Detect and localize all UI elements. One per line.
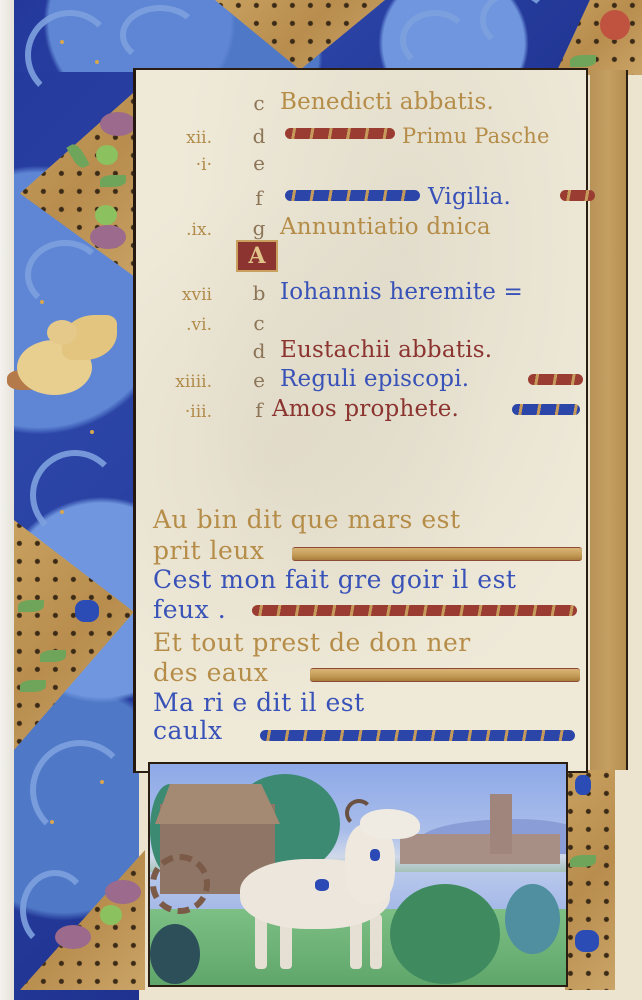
- leaf: [570, 55, 596, 67]
- manuscript-page: c Benedicti abbatis. xii. d Primu Pasche…: [0, 0, 642, 1000]
- decorated-initial: A: [236, 240, 278, 272]
- miniature-aries: [148, 762, 568, 987]
- dominical-letter: g: [252, 216, 266, 240]
- water-wheel: [150, 854, 210, 914]
- ram: [240, 809, 430, 969]
- calendar-row: .vi. c: [150, 305, 590, 335]
- line-filler: [560, 190, 595, 201]
- line-filler: [285, 190, 420, 201]
- feast-entry: Iohannis heremite =: [280, 279, 523, 305]
- verse-line: Cest mon fait gre goir il est: [153, 565, 516, 594]
- leaf: [40, 650, 66, 662]
- calendar-row: xiiii. e Reguli episcopi.: [150, 362, 590, 392]
- page-edge: [0, 0, 14, 1000]
- calendar-row: ·i· e: [150, 145, 590, 175]
- golden-number: .vi.: [150, 315, 212, 335]
- dominical-letter: f: [252, 398, 266, 422]
- golden-number: .ix.: [150, 220, 212, 240]
- verse-line: Ma ri e dit il est: [153, 688, 365, 717]
- branch-filler: [310, 668, 580, 682]
- green-bud: [100, 905, 122, 925]
- bush: [505, 884, 560, 954]
- bird-illustration: [12, 315, 107, 405]
- gold-dot: [60, 40, 64, 44]
- right-gold-bar: [590, 70, 628, 770]
- feast-entry: Amos prophete.: [272, 396, 459, 422]
- dominical-letter: c: [252, 91, 266, 115]
- calendar-row: f Vigilia.: [150, 180, 590, 210]
- verse-line: Au bin dit que mars est: [153, 505, 461, 534]
- leaf: [100, 175, 126, 187]
- feast-entry: Benedicti abbatis.: [280, 89, 494, 115]
- pink-flower: [105, 880, 141, 904]
- gold-dot: [40, 300, 44, 304]
- bird-head: [47, 320, 77, 345]
- calendar-row: d Eustachii abbatis.: [150, 333, 590, 363]
- ram-horn: [345, 799, 373, 827]
- green-bud: [95, 205, 117, 225]
- acanthus-swirl: [400, 10, 470, 70]
- blue-flower: [575, 775, 591, 795]
- dominical-letter: f: [252, 186, 266, 210]
- red-flower: [600, 10, 630, 40]
- gold-dot: [50, 820, 54, 824]
- ram-leg: [370, 914, 382, 969]
- church-tower: [490, 794, 512, 854]
- acanthus-swirl: [25, 240, 105, 310]
- dominical-letter: b: [252, 281, 266, 305]
- line-filler: [528, 374, 583, 385]
- acanthus-swirl: [120, 5, 200, 65]
- calendar-row: c Benedicti abbatis.: [150, 85, 590, 115]
- golden-number: ·iii.: [150, 402, 212, 422]
- line-filler: [285, 128, 395, 139]
- calendar-row: xii. d Primu Pasche: [150, 118, 590, 148]
- calendar-row: ·iii. f Amos prophete.: [150, 392, 590, 422]
- dominical-letter: c: [252, 311, 266, 335]
- calendar-row: xvii b Iohannis heremite =: [150, 275, 590, 305]
- green-bud: [96, 145, 118, 165]
- golden-number: ·i·: [150, 155, 212, 175]
- gold-dot: [95, 60, 99, 64]
- gold-dot: [90, 430, 94, 434]
- bush: [150, 924, 200, 984]
- calendar-row: .ix. g Annuntiatio dnica: [150, 210, 590, 240]
- verse-line: caulx: [153, 716, 223, 745]
- feast-entry: Annuntiatio dnica: [280, 214, 491, 240]
- acanthus-swirl: [30, 740, 130, 840]
- golden-number: xiiii.: [150, 372, 212, 392]
- blue-flower: [575, 930, 599, 952]
- gold-bottom-right-panel: [565, 770, 615, 990]
- paint-loss-spot: [370, 849, 380, 861]
- gold-dot: [60, 510, 64, 514]
- verse-line: Et tout prest de don ner: [153, 628, 471, 657]
- leaf: [18, 600, 44, 612]
- gold-dot: [100, 780, 104, 784]
- verse-line: prit leux: [153, 536, 264, 565]
- feast-entry: Vigilia.: [428, 184, 511, 210]
- verse-line: des eaux: [153, 658, 268, 687]
- verse-line: feux .: [153, 595, 226, 624]
- leaf: [570, 855, 596, 867]
- blue-flower: [75, 600, 99, 622]
- pink-flower: [90, 225, 126, 249]
- acanthus-swirl: [30, 450, 120, 540]
- feast-entry: Reguli episcopi.: [280, 366, 469, 392]
- pink-flower: [100, 112, 136, 136]
- line-filler: [252, 605, 577, 616]
- dominical-letter: e: [252, 368, 266, 392]
- dominical-letter: e: [252, 151, 266, 175]
- paint-loss-spot: [315, 879, 329, 891]
- branch-filler: [292, 547, 582, 561]
- line-filler: [260, 730, 575, 741]
- pink-flower: [55, 925, 91, 949]
- acanthus-swirl: [25, 10, 115, 100]
- line-filler: [512, 404, 580, 415]
- feast-entry: Eustachii abbatis.: [280, 337, 492, 363]
- leaf: [20, 680, 46, 692]
- golden-number: xvii: [150, 285, 212, 305]
- dominical-letter: d: [252, 339, 266, 363]
